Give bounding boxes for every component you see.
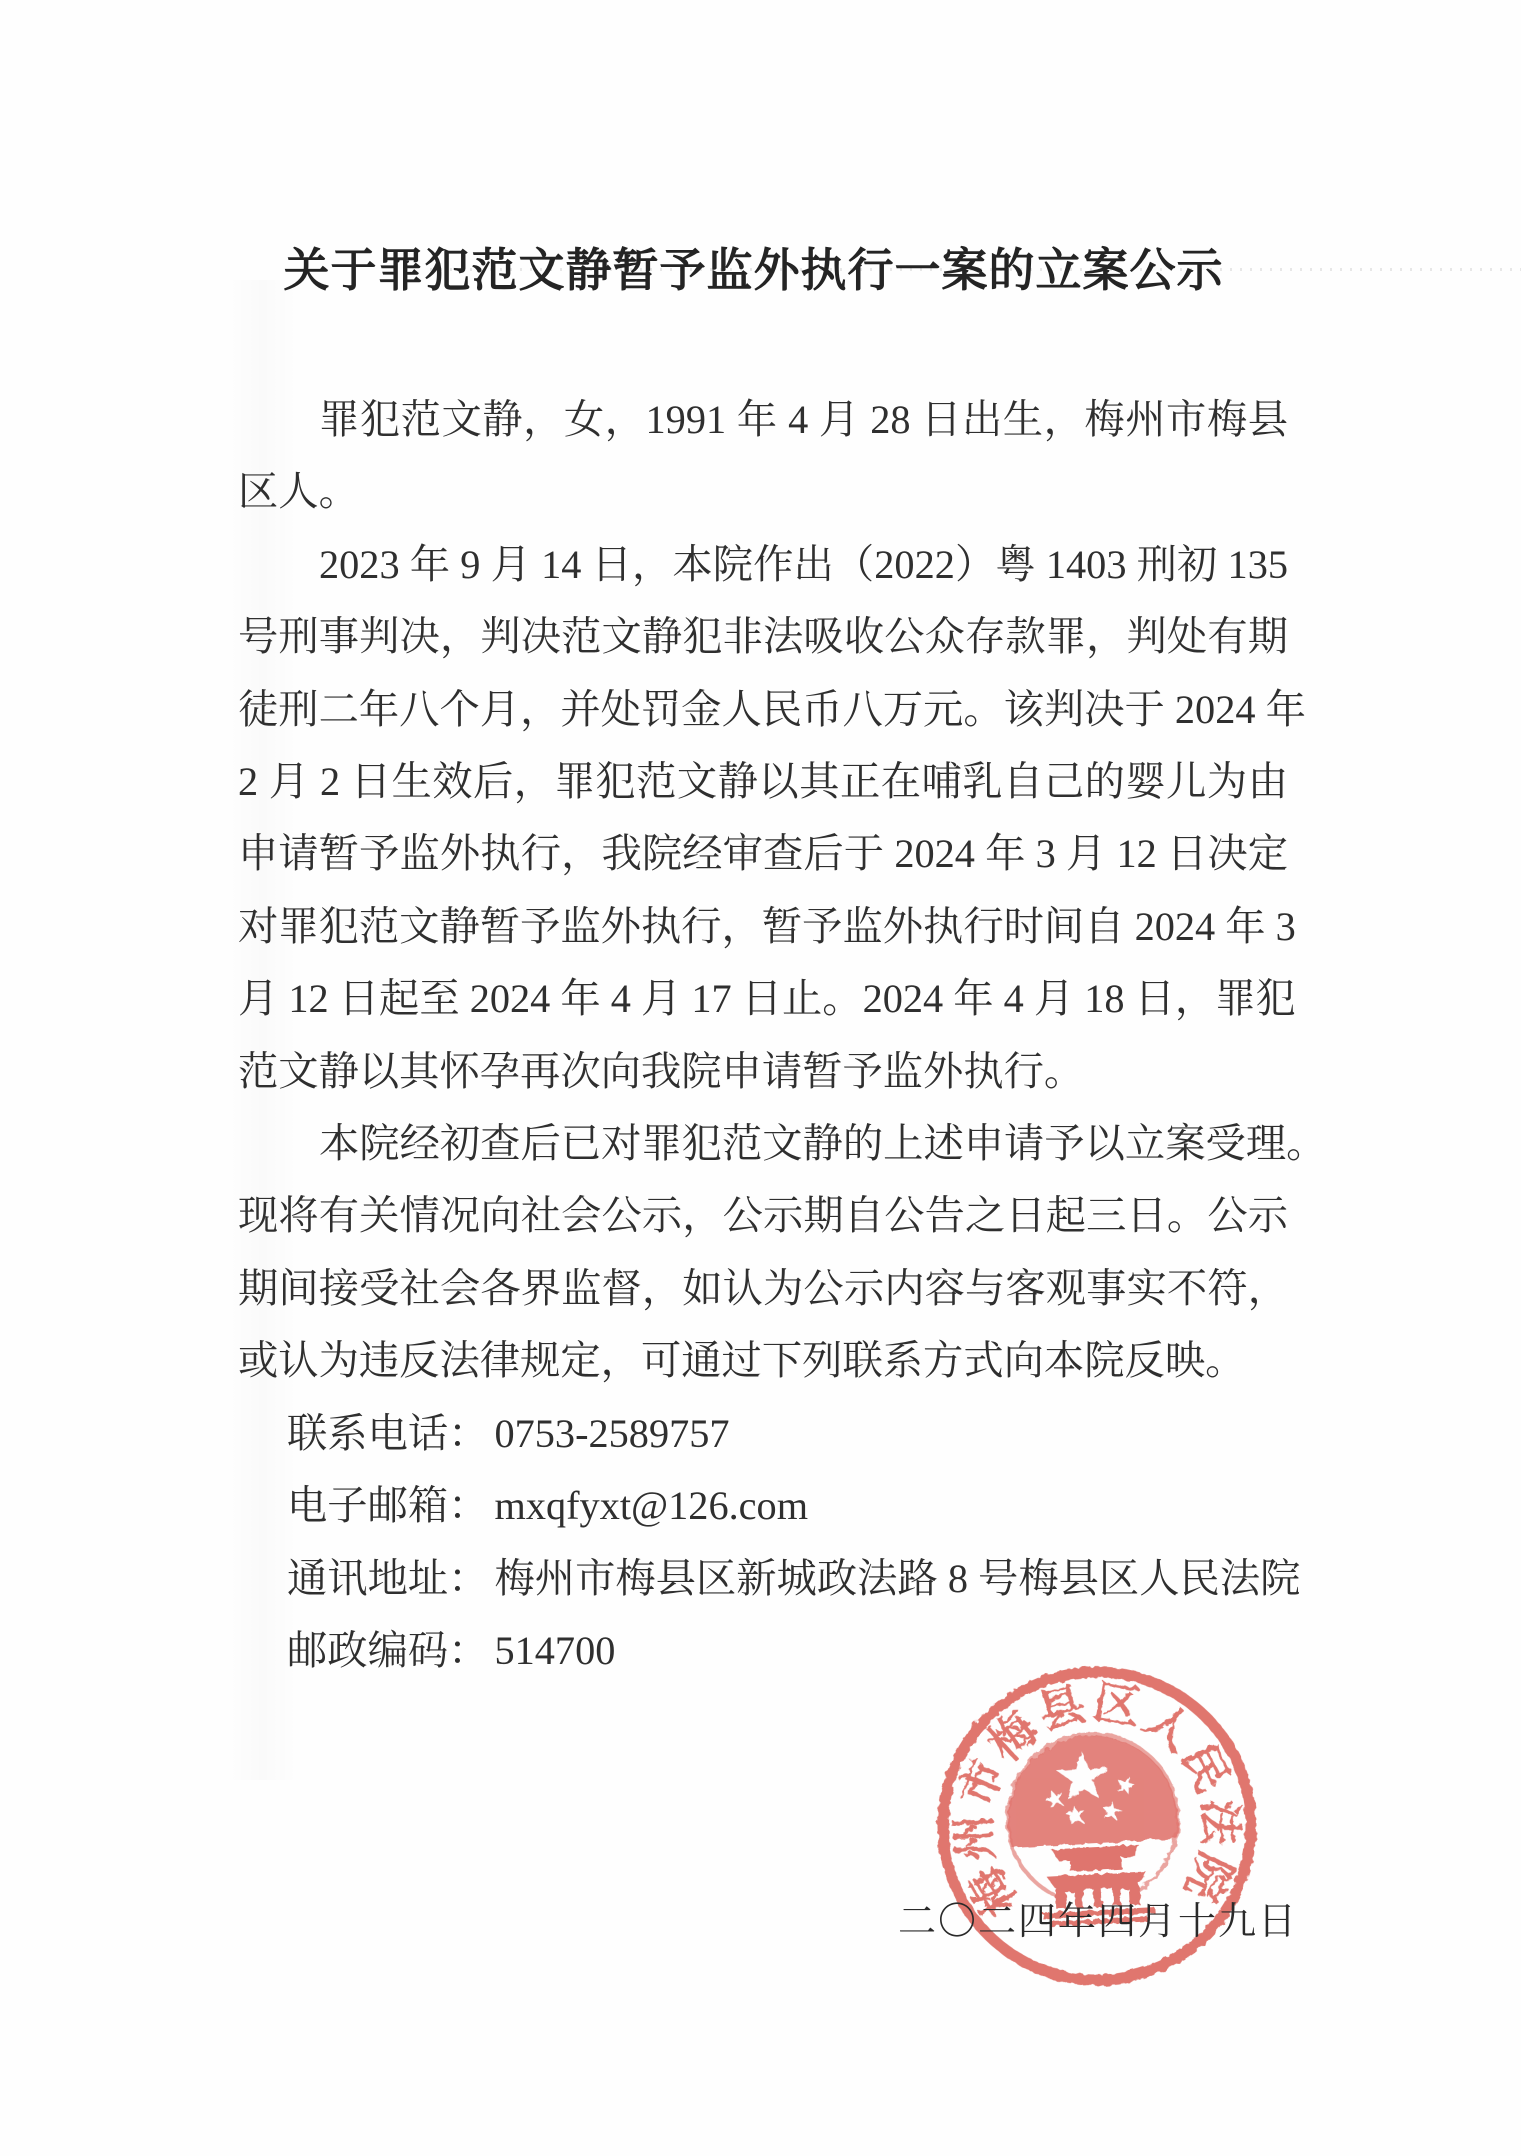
document-date: 二〇二四年四月十九日 <box>898 1898 1298 1946</box>
paragraph-line: 期间接受社会各界监督，如认为公示内容与客观事实不符， <box>238 1253 1288 1325</box>
paragraph-line: 本院经初查后已对罪犯范文静的上述申请予以立案受理。 <box>238 1108 1288 1180</box>
scanned-court-notice-page: 关于罪犯范文静暂予监外执行一案的立案公示 罪犯范文静，女，1991 年 4 月 … <box>0 0 1521 2156</box>
paragraph-line: 区人。 <box>238 456 1288 528</box>
contact-email-label: 电子邮箱： <box>287 1483 488 1528</box>
paragraph-line: 或认为违反法律规定，可通过下列联系方式向本院反映。 <box>238 1325 1288 1397</box>
paragraph-line: 徒刑二年八个月，并处罚金人民币八万元。该判决于 2024 年 <box>238 674 1288 746</box>
contact-postcode-value: 514700 <box>494 1628 615 1673</box>
paragraph-line: 对罪犯范文静暂予监外执行，暂予监外执行时间自 2024 年 3 <box>238 891 1288 963</box>
contact-address-value: 梅州市梅县区新城政法路 8 号梅县区人民法院 <box>494 1556 1300 1601</box>
contact-phone-value: 0753-2589757 <box>494 1411 729 1456</box>
contact-email-line: 电子邮箱：mxqfyxt@126.com <box>238 1470 1288 1542</box>
official-court-seal: 梅州市梅县区人民法院 <box>924 1653 1271 2000</box>
contact-phone-line: 联系电话：0753-2589757 <box>238 1398 1288 1470</box>
paragraph-line: 现将有关情况向社会公示，公示期自公告之日起三日。公示 <box>238 1180 1288 1252</box>
contact-address-label: 通讯地址： <box>287 1556 488 1601</box>
paragraph-line: 月 12 日起至 2024 年 4 月 17 日止。2024 年 4 月 18 … <box>238 963 1288 1035</box>
contact-email-value: mxqfyxt@126.com <box>494 1483 808 1528</box>
paragraph-line: 罪犯范文静，女，1991 年 4 月 28 日出生，梅州市梅县 <box>238 384 1288 456</box>
contact-postcode-label: 邮政编码： <box>287 1628 488 1673</box>
contact-postcode-line: 邮政编码：514700 <box>238 1615 1288 1687</box>
paragraph-line: 2 月 2 日生效后，罪犯范文静以其正在哺乳自己的婴儿为由 <box>238 746 1288 818</box>
paragraph-line: 号刑事判决，判决范文静犯非法吸收公众存款罪，判处有期 <box>238 601 1288 673</box>
contact-phone-label: 联系电话： <box>287 1411 488 1456</box>
paragraph-line: 范文静以其怀孕再次向我院申请暂予监外执行。 <box>238 1036 1288 1108</box>
paragraph-line: 2023 年 9 月 14 日，本院作出（2022）粤 1403 刑初 135 <box>238 529 1288 601</box>
document-title: 关于罪犯范文静暂予监外执行一案的立案公示 <box>0 234 1507 300</box>
paragraph-line: 申请暂予监外执行，我院经审查后于 2024 年 3 月 12 日决定 <box>238 818 1288 890</box>
document-body: 罪犯范文静，女，1991 年 4 月 28 日出生，梅州市梅县 区人。 2023… <box>238 384 1288 1687</box>
court-seal-icon: 梅州市梅县区人民法院 <box>924 1653 1271 2000</box>
contact-address-line: 通讯地址：梅州市梅县区新城政法路 8 号梅县区人民法院 <box>238 1543 1288 1615</box>
